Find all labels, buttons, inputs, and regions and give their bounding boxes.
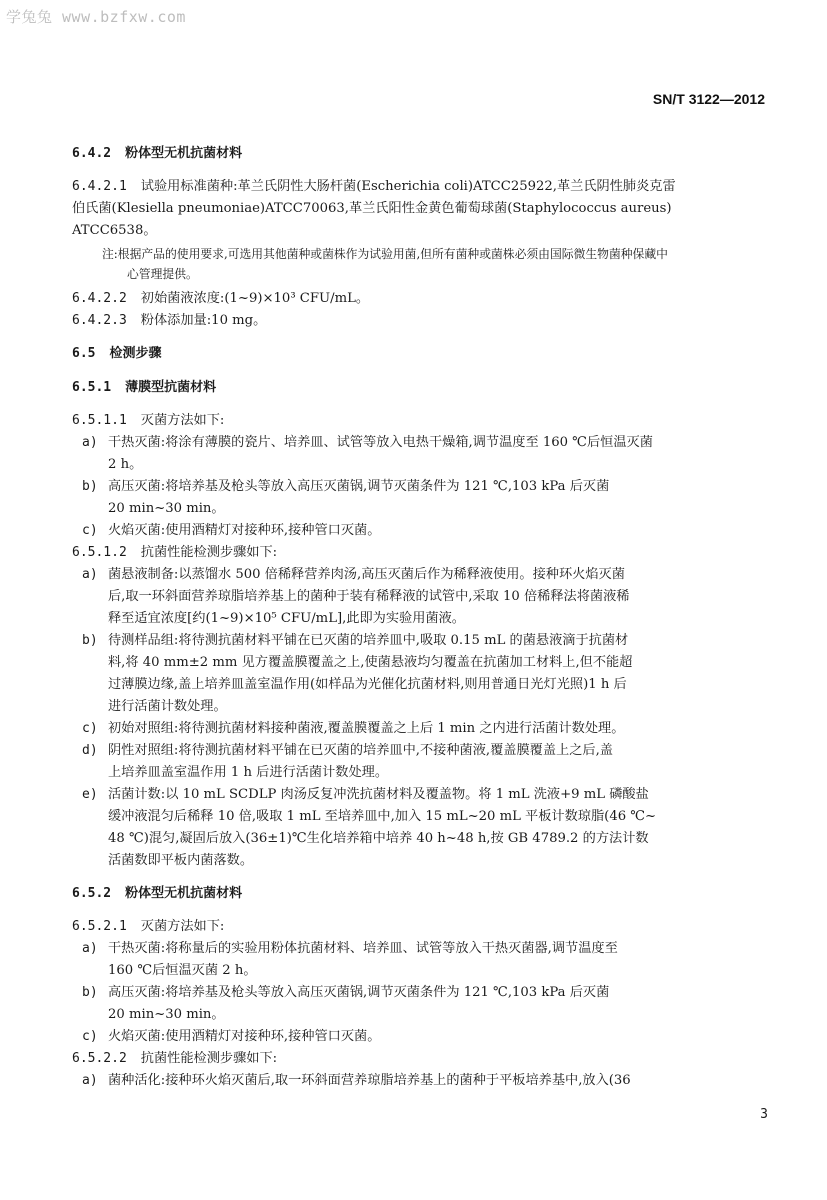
- clause-6-5-1-2: 6.5.1.2抗菌性能检测步骤如下:: [72, 542, 277, 564]
- list-item: c) 火焰灭菌:使用酒精灯对接种环,接种管口灭菌。: [108, 1026, 763, 1048]
- list-item: c) 初始对照组:将待测抗菌材料接种菌液,覆盖膜覆盖之上后 1 min 之内进行…: [108, 718, 763, 740]
- list-item: e) 活菌计数:以 10 mL SCDLP 肉汤反复冲洗抗菌材料及覆盖物。将 1…: [108, 784, 763, 872]
- list-item: a) 干热灭菌:将涂有薄膜的瓷片、培养皿、试管等放入电热干燥箱,调节温度至 16…: [108, 432, 763, 476]
- list-item: a) 菌种活化:接种环火焰灭菌后,取一环斜面营养琼脂培养基上的菌种于平板培养基中…: [108, 1070, 763, 1092]
- heading-6-5-2: 6.5.2粉体型无机抗菌材料: [72, 883, 242, 905]
- clause-6-5-1-1: 6.5.1.1灭菌方法如下:: [72, 410, 224, 432]
- list-item: a) 干热灭菌:将称量后的实验用粉体抗菌材料、培养皿、试管等放入干热灭菌器,调节…: [108, 938, 763, 982]
- heading-6-4-2: 6.4.2粉体型无机抗菌材料: [72, 143, 242, 165]
- list-item: a) 菌悬液制备:以蒸馏水 500 倍稀释营养肉汤,高压灭菌后作为稀释液使用。接…: [108, 564, 763, 630]
- clause-6-4-2-1: 6.4.2.1试验用标准菌种:革兰氏阴性大肠杆菌(Escherichia col…: [72, 176, 676, 198]
- list-item: b) 高压灭菌:将培养基及枪头等放入高压灭菌锅,调节灭菌条件为 121 ℃,10…: [108, 982, 763, 1026]
- list-item: b) 待测样品组:将待测抗菌材料平铺在已灭菌的培养皿中,吸取 0.15 mL 的…: [108, 630, 763, 718]
- clause-6-4-2-1-line2: 伯氏菌(Klesiella pneumoniae)ATCC70063,革兰氏阳性…: [72, 198, 672, 220]
- clause-6-5-2-1: 6.5.2.1灭菌方法如下:: [72, 916, 224, 938]
- page-number: 3: [760, 1107, 768, 1122]
- list-item: d) 阴性对照组:将待测抗菌材料平铺在已灭菌的培养皿中,不接种菌液,覆盖膜覆盖上…: [108, 740, 763, 784]
- list-item: b) 高压灭菌:将培养基及枪头等放入高压灭菌锅,调节灭菌条件为 121 ℃,10…: [108, 476, 763, 520]
- heading-6-5-1: 6.5.1薄膜型抗菌材料: [72, 377, 216, 399]
- clause-6-4-2-1-line3: ATCC6538。: [72, 220, 157, 242]
- clause-6-4-2-3: 6.4.2.3粉体添加量:10 mg。: [72, 310, 266, 332]
- document-code: SN/T 3122—2012: [653, 91, 765, 107]
- clause-6-4-2-2: 6.4.2.2初始菌液浓度:(1~9)×10³ CFU/mL。: [72, 288, 369, 310]
- watermark: 学兔兔 www.bzfxw.com: [6, 6, 186, 27]
- list-item: c) 火焰灭菌:使用酒精灯对接种环,接种管口灭菌。: [108, 520, 763, 542]
- clause-6-5-2-2: 6.5.2.2抗菌性能检测步骤如下:: [72, 1048, 277, 1070]
- note: 注:根据产品的使用要求,可选用其他菌种或菌株作为试验用菌,但所有菌种或菌株必须由…: [102, 244, 762, 284]
- heading-6-5: 6.5检测步骤: [72, 343, 162, 365]
